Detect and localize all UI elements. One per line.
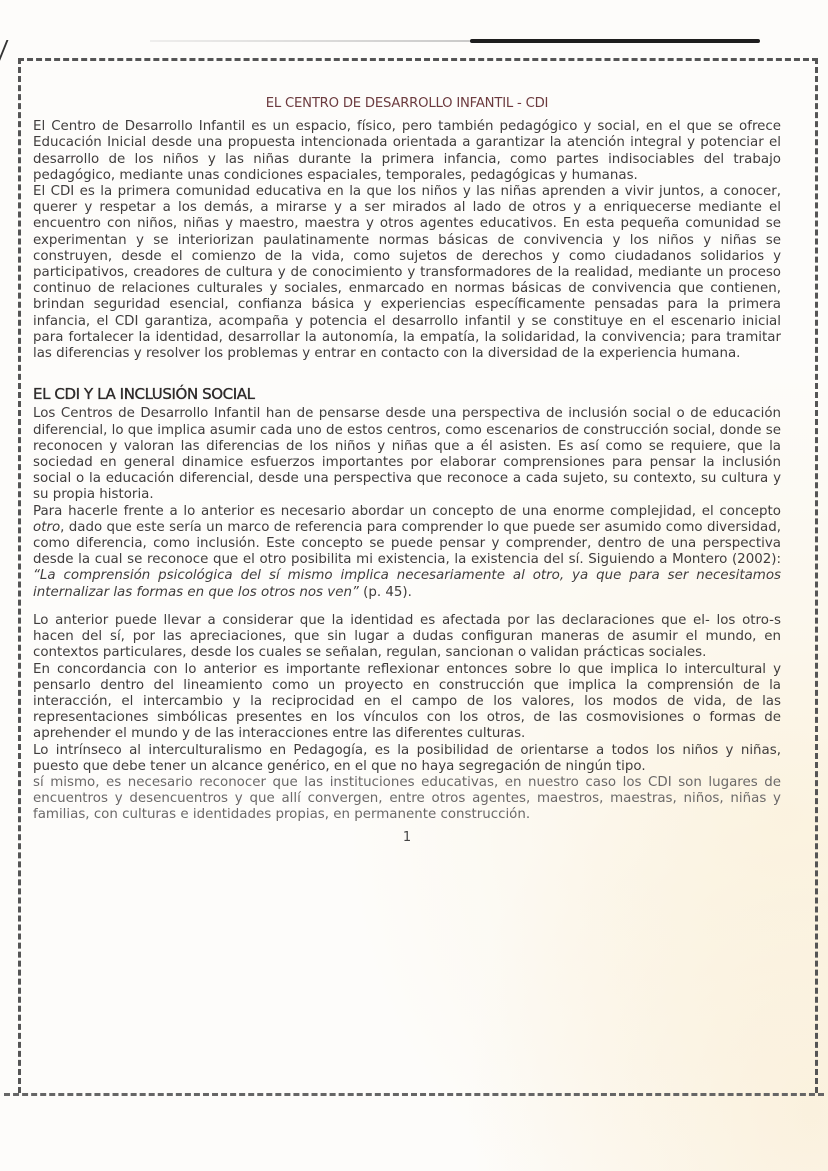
- scan-top-dark-stroke: [470, 39, 760, 43]
- quote-citation: (p. 45).: [359, 585, 412, 600]
- section-heading: EL CDI Y LA INCLUSIÓN SOCIAL: [33, 386, 781, 402]
- paragraph-gap: [33, 601, 781, 613]
- document-title: EL CENTRO DE DESARROLLO INFANTIL - CDI: [33, 96, 781, 112]
- section-paragraph-5: Lo intrínseco al interculturalismo en Pe…: [33, 743, 781, 775]
- intro-paragraph-1: El Centro de Desarrollo Infantil es un e…: [33, 119, 781, 184]
- scan-top-stroke: [150, 40, 480, 42]
- paragraph-text: Para hacerle frente a lo anterior es nec…: [33, 504, 781, 519]
- paragraph-text: , dado que este sería un marco de refere…: [33, 520, 781, 567]
- page-number: 1: [33, 830, 781, 846]
- section-paragraph-6: sí mismo, es necesario reconocer que las…: [33, 775, 781, 824]
- section-paragraph-4: En concordancia con lo anterior es impor…: [33, 662, 781, 743]
- section-paragraph-3: Lo anterior puede llevar a considerar qu…: [33, 613, 781, 662]
- intro-paragraph-2: El CDI es la primera comunidad educativa…: [33, 184, 781, 362]
- document-body: EL CENTRO DE DESARROLLO INFANTIL - CDI E…: [33, 96, 781, 846]
- dashed-page-frame-bottom: [4, 1093, 824, 1096]
- section-paragraph-2: Para hacerle frente a lo anterior es nec…: [33, 504, 781, 601]
- italic-term: otro: [33, 520, 60, 535]
- section-paragraph-1: Los Centros de Desarrollo Infantil han d…: [33, 406, 781, 503]
